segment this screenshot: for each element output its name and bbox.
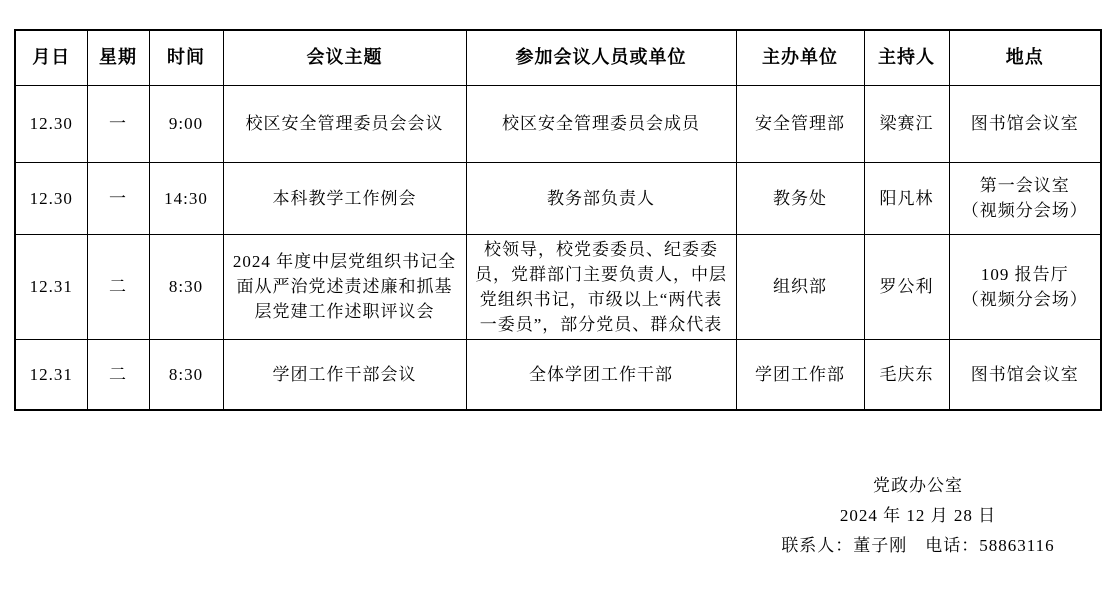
cell-chair: 阳凡林 bbox=[864, 162, 949, 234]
cell-time: 8:30 bbox=[149, 234, 223, 339]
cell-date: 12.30 bbox=[15, 85, 87, 162]
cell-location: 109 报告厅 （视频分会场） bbox=[949, 234, 1101, 339]
issue-date: 2024 年 12 月 28 日 bbox=[700, 501, 1113, 531]
cell-weekday: 二 bbox=[87, 339, 149, 410]
cell-participants: 教务部负责人 bbox=[466, 162, 736, 234]
col-header-location: 地点 bbox=[949, 30, 1101, 85]
cell-topic: 校区安全管理委员会会议 bbox=[223, 85, 466, 162]
cell-participants: 校领导，校党委委员、纪委委员，党群部门主要负责人，中层党组织书记，市级以上“两代… bbox=[466, 234, 736, 339]
cell-date: 12.31 bbox=[15, 339, 87, 410]
cell-date: 12.30 bbox=[15, 162, 87, 234]
cell-weekday: 二 bbox=[87, 234, 149, 339]
col-header-time: 时间 bbox=[149, 30, 223, 85]
cell-participants: 全体学团工作干部 bbox=[466, 339, 736, 410]
cell-location: 第一会议室 （视频分会场） bbox=[949, 162, 1101, 234]
cell-location: 图书馆会议室 bbox=[949, 339, 1101, 410]
cell-topic: 本科教学工作例会 bbox=[223, 162, 466, 234]
cell-topic: 2024 年度中层党组织书记全面从严治党述责述廉和抓基层党建工作述职评议会 bbox=[223, 234, 466, 339]
col-header-date: 月日 bbox=[15, 30, 87, 85]
cell-chair: 罗公利 bbox=[864, 234, 949, 339]
cell-participants: 校区安全管理委员会成员 bbox=[466, 85, 736, 162]
cell-time: 8:30 bbox=[149, 339, 223, 410]
cell-weekday: 一 bbox=[87, 85, 149, 162]
table-row: 12.30 一 14:30 本科教学工作例会 教务部负责人 教务处 阳凡林 第一… bbox=[15, 162, 1101, 234]
cell-location: 图书馆会议室 bbox=[949, 85, 1101, 162]
col-header-host-unit: 主办单位 bbox=[736, 30, 864, 85]
table-row: 12.30 一 9:00 校区安全管理委员会会议 校区安全管理委员会成员 安全管… bbox=[15, 85, 1101, 162]
col-header-participants: 参加会议人员或单位 bbox=[466, 30, 736, 85]
col-header-chair: 主持人 bbox=[864, 30, 949, 85]
cell-time: 14:30 bbox=[149, 162, 223, 234]
cell-host-unit: 学团工作部 bbox=[736, 339, 864, 410]
table-row: 12.31 二 8:30 2024 年度中层党组织书记全面从严治党述责述廉和抓基… bbox=[15, 234, 1101, 339]
issuing-office: 党政办公室 bbox=[700, 471, 1113, 501]
cell-chair: 梁赛江 bbox=[864, 85, 949, 162]
cell-chair: 毛庆东 bbox=[864, 339, 949, 410]
signature-block: 党政办公室 2024 年 12 月 28 日 联系人：董子刚 电话：588631… bbox=[700, 471, 1113, 561]
meeting-schedule-table: 月日 星期 时间 会议主题 参加会议人员或单位 主办单位 主持人 地点 12.3… bbox=[14, 29, 1102, 411]
cell-date: 12.31 bbox=[15, 234, 87, 339]
cell-host-unit: 组织部 bbox=[736, 234, 864, 339]
contact-info: 联系人：董子刚 电话：58863116 bbox=[700, 531, 1113, 561]
table-row: 12.31 二 8:30 学团工作干部会议 全体学团工作干部 学团工作部 毛庆东… bbox=[15, 339, 1101, 410]
cell-host-unit: 安全管理部 bbox=[736, 85, 864, 162]
header-row: 月日 星期 时间 会议主题 参加会议人员或单位 主办单位 主持人 地点 bbox=[15, 30, 1101, 85]
cell-host-unit: 教务处 bbox=[736, 162, 864, 234]
cell-time: 9:00 bbox=[149, 85, 223, 162]
col-header-topic: 会议主题 bbox=[223, 30, 466, 85]
cell-weekday: 一 bbox=[87, 162, 149, 234]
meeting-schedule-page: 月日 星期 时间 会议主题 参加会议人员或单位 主办单位 主持人 地点 12.3… bbox=[0, 0, 1113, 589]
cell-topic: 学团工作干部会议 bbox=[223, 339, 466, 410]
col-header-weekday: 星期 bbox=[87, 30, 149, 85]
